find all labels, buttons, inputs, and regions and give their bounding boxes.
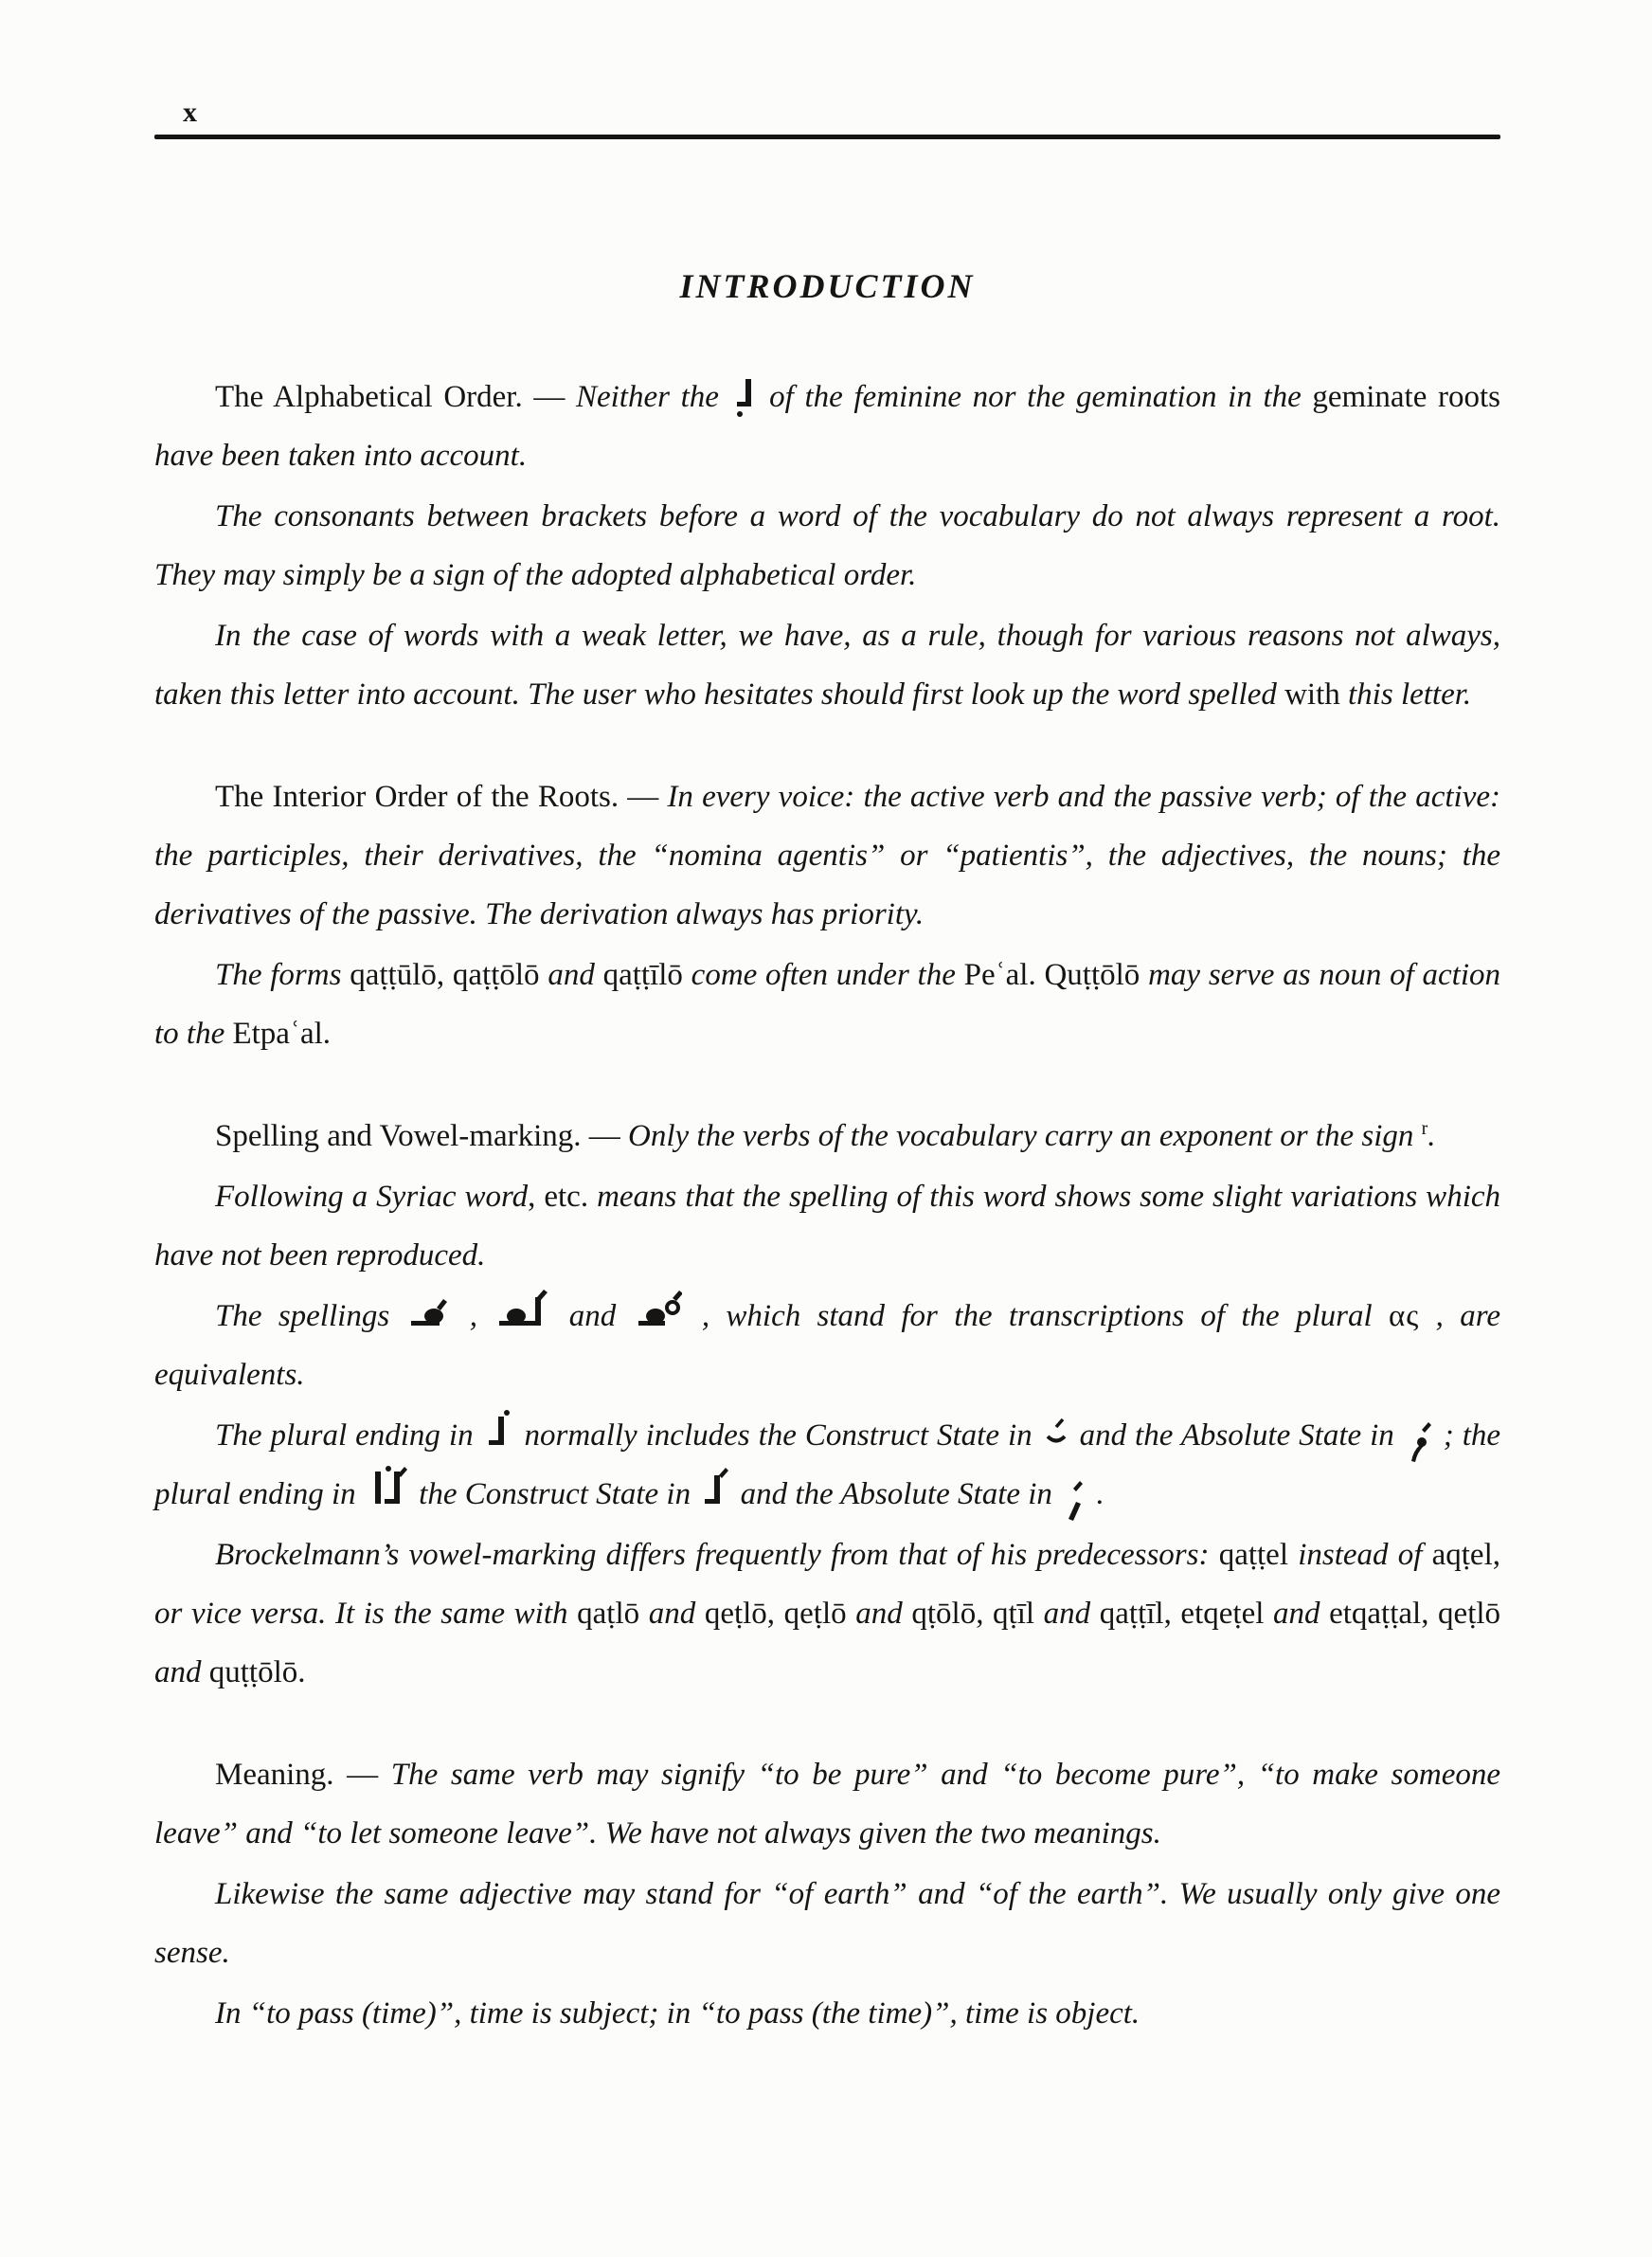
paragraph-to-pass-time: In “to pass (time)”, time is subject; in… <box>154 1984 1500 2043</box>
paragraph-forms: The forms qaṭṭūlō, qaṭṭōlō and qaṭṭīlō c… <box>154 946 1500 1063</box>
paragraph-weak-letter: In the case of words with a weak letter,… <box>154 606 1500 724</box>
syriac-glyph-nun-acute <box>1060 1477 1088 1511</box>
text-run: and <box>154 1655 209 1689</box>
text-run: The Interior Order of the Roots. — <box>215 780 667 814</box>
paragraph-consonants-brackets: The consonants between brackets before a… <box>154 487 1500 605</box>
text-run: and <box>1273 1597 1329 1631</box>
syriac-glyph-semkath-waw-acute <box>633 1299 686 1333</box>
text-run: Etpaʿal. <box>232 1017 331 1051</box>
paragraph-likewise: Likewise the same adjective may stand fo… <box>154 1865 1500 1982</box>
syriac-glyph-taw-acute <box>698 1477 732 1511</box>
syriac-glyph-alaph-acute <box>482 1418 516 1453</box>
text-run: Following a Syriac word <box>215 1180 528 1214</box>
paragraphs: The Alphabetical Order. — Neither the of… <box>154 368 1500 2045</box>
text-run: , <box>453 1299 494 1333</box>
text-run: this letter. <box>1348 677 1471 712</box>
text-run: aqṭel, <box>1432 1538 1500 1572</box>
text-run: , etc. <box>528 1180 597 1214</box>
paragraph-brockelmann: Brockelmann’s vowel-marking differs freq… <box>154 1526 1500 1702</box>
paragraph-alphabetical-order: The Alphabetical Order. — Neither the of… <box>154 368 1500 485</box>
text-run: qaṭṭīl, etqeṭel <box>1100 1597 1273 1631</box>
text-run: The spellings <box>215 1299 405 1333</box>
text-run: and <box>548 958 602 992</box>
text-run: Meaning. — <box>215 1758 391 1792</box>
book-page: x INTRODUCTION The Alphabetical Order. —… <box>0 0 1652 2257</box>
header-rule <box>154 135 1500 139</box>
paragraph-spelling-vowel-marking: Spelling and Vowel-marking. — Only the v… <box>154 1107 1500 1165</box>
syriac-glyph-semkath-acute <box>405 1299 453 1333</box>
text-run: qaṭṭūlō, qaṭṭōlō <box>350 958 548 992</box>
paragraph-plural-ending: The plural ending in normally includes t… <box>154 1406 1500 1524</box>
text-run: The Alphabetical Order. — <box>215 380 576 414</box>
paragraph-spellings-equivalents: The spellings , and , which stand for th… <box>154 1287 1500 1404</box>
text-run: and the Absolute State in <box>732 1477 1060 1511</box>
text-run: qaṭlō <box>577 1597 649 1631</box>
text-run: with <box>1284 677 1348 712</box>
text-run: and <box>552 1299 632 1333</box>
text-run: the Construct State in <box>411 1477 698 1511</box>
text-run: In “to pass (time)”, time is subject; in… <box>215 1996 1140 2031</box>
text-run: Brockelmann’s vowel-marking differs freq… <box>215 1538 1219 1572</box>
text-run: geminate roots <box>1312 380 1500 414</box>
text-run: qṭōlō, qṭīl <box>911 1597 1043 1631</box>
text-run: The consonants between brackets before a… <box>154 499 1500 592</box>
text-run: instead of <box>1298 1538 1431 1572</box>
paragraph-following-syriac-word: Following a Syriac word, etc. means that… <box>154 1167 1500 1285</box>
text-run: have been taken into account. <box>154 439 527 473</box>
paragraph-interior-order: The Interior Order of the Roots. — In ev… <box>154 767 1500 944</box>
text-run: or vice versa. It is the same with <box>154 1597 577 1631</box>
syriac-glyph-taw-feminine <box>730 380 759 414</box>
text-run: etqaṭṭal, qeṭlō <box>1329 1597 1500 1631</box>
syriac-glyph-yudh-tail-acute <box>1403 1418 1435 1453</box>
text-run: qeṭlō, qeṭlō <box>705 1597 855 1631</box>
text-run: and <box>855 1597 911 1631</box>
text-run: . <box>1088 1477 1104 1511</box>
text-run: and <box>649 1597 705 1631</box>
text-run: The plural ending in <box>215 1418 482 1453</box>
text-run: and the Absolute State in <box>1071 1418 1403 1453</box>
text-run: come often under the <box>691 958 964 992</box>
page-number: x <box>183 97 198 129</box>
page-title: INTRODUCTION <box>154 266 1500 306</box>
text-run: , which stand for the transcriptions of … <box>686 1299 1389 1333</box>
text-run: quṭṭōlō. <box>209 1655 306 1689</box>
text-run: Neither the <box>576 380 730 414</box>
text-run: and <box>1044 1597 1100 1631</box>
syriac-glyph-yudh-acute <box>1041 1418 1071 1453</box>
text-run: of the feminine nor the gemination in th… <box>759 380 1313 414</box>
text-run: Spelling and Vowel-marking. — <box>215 1119 628 1153</box>
syriac-glyph-taw-alaph-acute <box>364 1477 411 1511</box>
text-run: Peʿal. Quṭṭōlō <box>964 958 1148 992</box>
text-run: ας <box>1389 1299 1419 1333</box>
text-run: qaṭṭīlō <box>603 958 691 992</box>
syriac-glyph-semkath-alaph-acute <box>494 1299 552 1333</box>
text-run: qaṭṭel <box>1219 1538 1299 1572</box>
paragraph-meaning: Meaning. — The same verb may signify “to… <box>154 1745 1500 1863</box>
text-run: The forms <box>215 958 350 992</box>
text-run: normally includes the Construct State in <box>516 1418 1041 1453</box>
text-run: . <box>1428 1119 1435 1153</box>
text-run: Only the verbs of the vocabulary carry a… <box>628 1119 1422 1153</box>
text-run: Likewise the same adjective may stand fo… <box>154 1877 1500 1970</box>
